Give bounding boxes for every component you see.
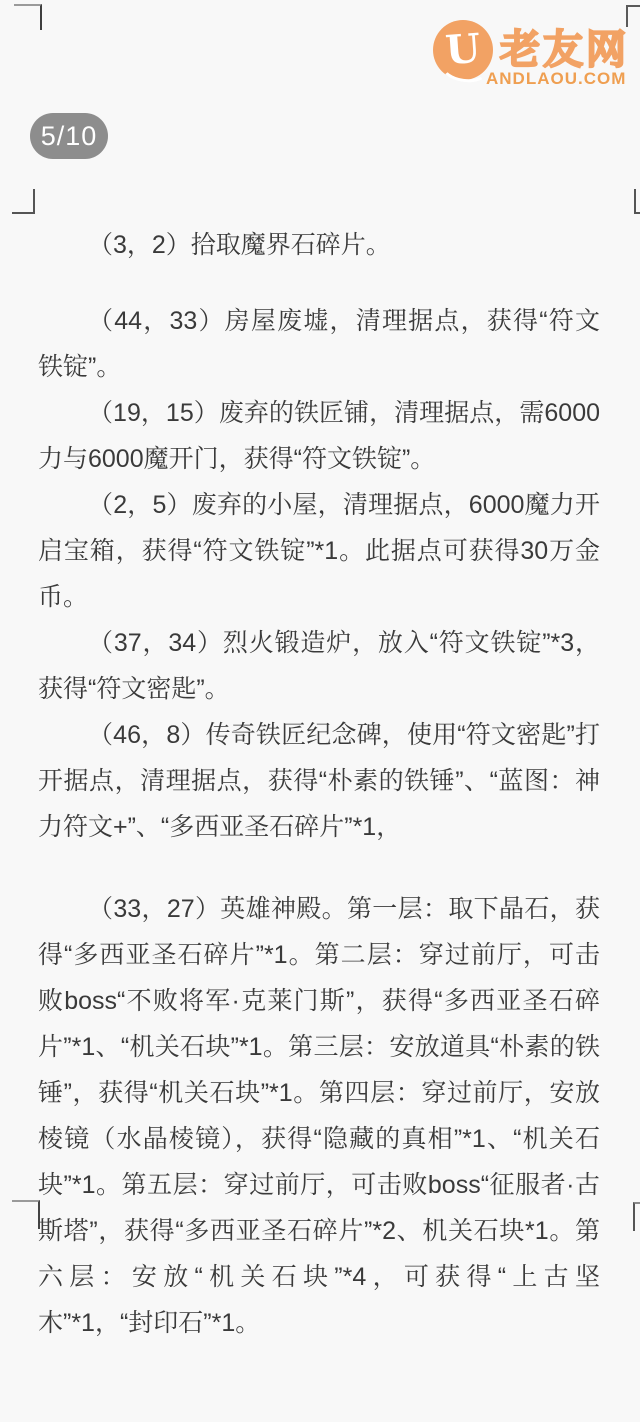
crop-mark-mid-right bbox=[634, 189, 640, 214]
paragraph-abandoned-hut: （2，5）废弃的小屋，清理据点，6000魔力开启宝箱，获得“符文铁锭”*1。此据… bbox=[38, 482, 600, 620]
page-indicator-badge: 5/10 bbox=[30, 113, 108, 159]
document-page: （3，2）拾取魔界石碎片。 （44，33）房屋废墟，清理据点，获得“符文铁锭”。… bbox=[38, 222, 600, 1346]
paragraph-pickup-shard: （3，2）拾取魔界石碎片。 bbox=[38, 222, 600, 268]
paragraph-hero-temple: （33，27）英雄神殿。第一层：取下晶石，获得“多西亚圣石碎片”*1。第二层：穿… bbox=[38, 886, 600, 1346]
paragraph-abandoned-smithy: （19，15）废弃的铁匠铺，清理据点，需6000力与6000魔开门，获得“符文铁… bbox=[38, 390, 600, 482]
paragraph-smith-monument: （46，8）传奇铁匠纪念碑，使用“符文密匙”打开据点，清理据点，获得“朴素的铁锤… bbox=[38, 712, 600, 850]
paragraph-forge: （37，34）烈火锻造炉，放入“符文铁锭”*3，获得“符文密匙”。 bbox=[38, 620, 600, 712]
logo-circle-icon: U bbox=[433, 20, 493, 80]
crop-mark-bottom-right bbox=[633, 1202, 640, 1231]
site-logo: U 老友网 ANDLAOU.COM bbox=[430, 12, 630, 97]
crop-mark-mid-left bbox=[12, 189, 35, 214]
paragraph-house-ruins: （44，33）房屋废墟，清理据点，获得“符文铁锭”。 bbox=[38, 298, 600, 390]
logo-site-name: 老友网 bbox=[500, 18, 630, 75]
crop-mark-bottom-left bbox=[12, 1200, 40, 1229]
logo-site-url: ANDLAOU.COM bbox=[486, 69, 630, 89]
crop-mark-top-left bbox=[14, 4, 42, 30]
